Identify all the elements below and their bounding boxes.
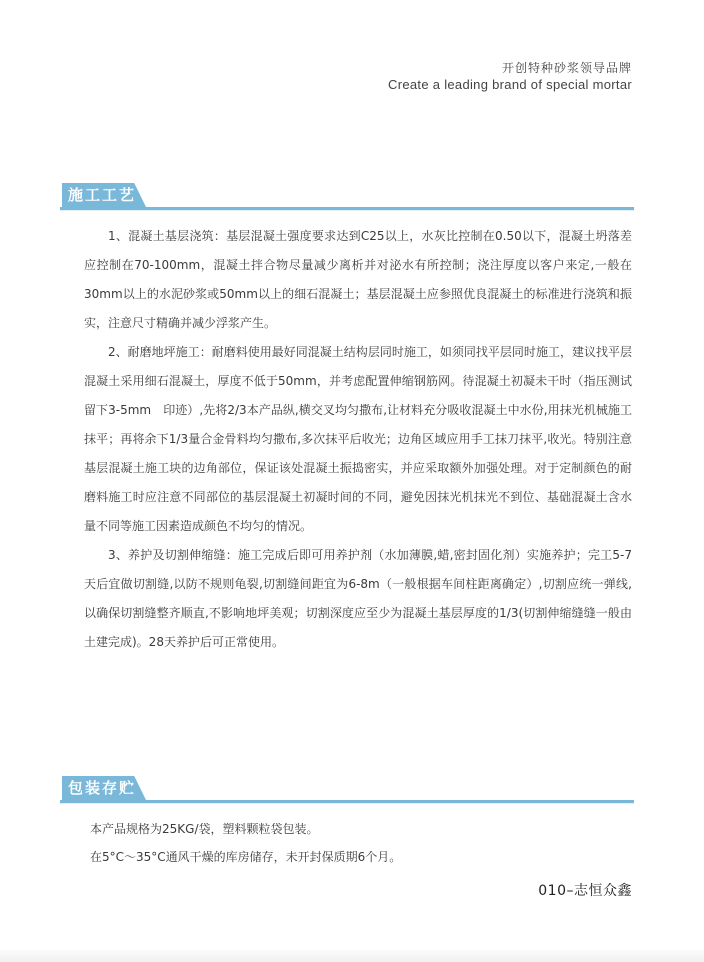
section-title-construction: 施工工艺 [62,183,146,207]
brand-slogan-cn: 开创特种砂浆领导品牌 [388,60,632,76]
page-code: 010–志恒众鑫 [538,880,632,900]
section-divider-shadow [60,210,634,211]
construction-paragraph-1: 1、混凝土基层浇筑：基层混凝土强度要求达到C25以上，水灰比控制在0.50以下，… [84,222,632,338]
section-header-construction: 施工工艺 [60,183,634,211]
brand-slogan-en: Create a leading brand of special mortar [388,76,632,94]
packaging-body: 本产品规格为25KG/袋，塑料颗粒袋包装。 在5°C～35°C通风干燥的库房储存… [90,815,401,871]
page-bottom-edge [0,950,704,962]
section-divider-shadow [60,803,634,804]
packaging-line-storage: 在5°C～35°C通风干燥的库房储存，未开封保质期6个月。 [90,843,401,871]
construction-paragraph-3: 3、养护及切割伸缩缝：施工完成后即可用养护剂（水加薄膜,蜡,密封固化剂）实施养护… [84,541,632,657]
section-header-packaging: 包装存贮 [60,776,634,804]
packaging-line-spec: 本产品规格为25KG/袋，塑料颗粒袋包装。 [90,815,401,843]
brand-slogan: 开创特种砂浆领导品牌 Create a leading brand of spe… [388,60,632,94]
construction-paragraph-2: 2、耐磨地坪施工：耐磨料使用最好同混凝土结构层同时施工，如须同找平层同时施工，建… [84,338,632,541]
construction-body: 1、混凝土基层浇筑：基层混凝土强度要求达到C25以上，水灰比控制在0.50以下，… [84,222,632,657]
section-title-packaging: 包装存贮 [62,776,146,800]
